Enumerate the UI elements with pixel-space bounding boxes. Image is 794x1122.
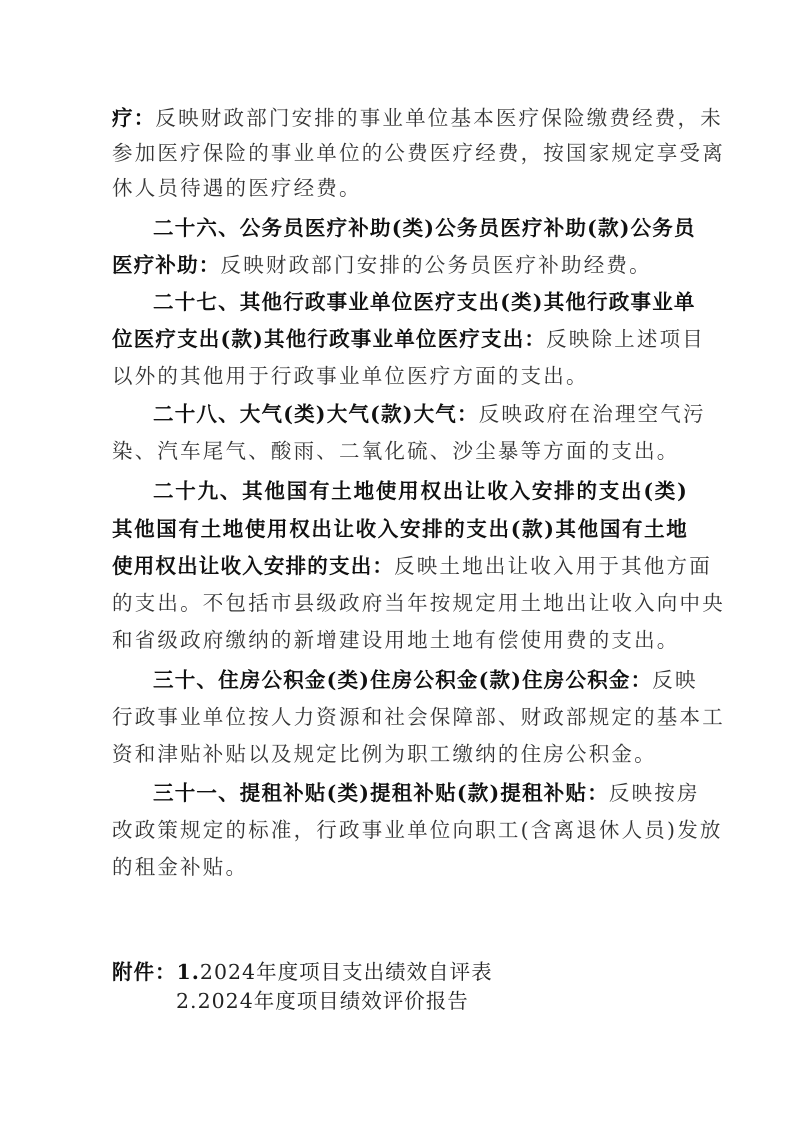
- section-heading-30: 三十、住房公积金(类)住房公积金(款)住房公积金：反映: [112, 662, 688, 698]
- body-text: 反映财政部门安排的事业单位基本医疗保险缴费经费，未: [155, 106, 723, 130]
- section-heading-26: 二十六、公务员医疗补助(类)公务员医疗补助(款)公务员: [112, 210, 688, 246]
- heading-text: 二十八、大气(类)大气(款)大气：: [153, 402, 479, 426]
- paragraph-line: 位医疗支出(款)其他行政事业单位医疗支出：反映除上述项目: [112, 321, 688, 357]
- body-text: 反映政府在治理空气污: [479, 402, 706, 426]
- attachment-item-1: 附件：1.2024年度项目支出绩效自评表: [112, 957, 493, 987]
- paragraph-line: 资和津贴补贴以及规定比例为职工缴纳的住房公积金。: [112, 736, 688, 772]
- body-text: 行政事业单位按人力资源和社会保障部、财政部规定的基本工: [112, 705, 725, 729]
- body-text: 休人员待遇的医疗经费。: [112, 176, 362, 200]
- body-text: 的支出。不包括市县级政府当年按规定用土地出让收入向中央: [112, 591, 725, 615]
- paragraph-line: 和省级政府缴纳的新增建设用地土地有偿使用费的支出。: [112, 622, 688, 658]
- paragraph-line: 医疗补助：反映财政部门安排的公务员医疗补助经费。: [112, 247, 688, 283]
- attachment-title: 2024年度项目支出绩效自评表: [200, 960, 493, 984]
- heading-text: 二十六、公务员医疗补助(类)公务员医疗补助(款)公务员: [153, 216, 696, 240]
- paragraph-line: 参加医疗保险的事业单位的公费医疗经费，按国家规定享受离: [112, 135, 688, 171]
- paragraph-line: 以外的其他用于行政事业单位医疗方面的支出。: [112, 358, 688, 394]
- heading-text: 使用权出让收入安排的支出：: [112, 554, 394, 578]
- heading-text: 疗：: [112, 106, 155, 130]
- heading-text: 三十一、提租补贴(类)提租补贴(款)提租补贴：: [153, 781, 609, 805]
- heading-text: 三十、住房公积金(类)住房公积金(款)住房公积金：: [153, 668, 652, 692]
- body-text: 以外的其他用于行政事业单位医疗方面的支出。: [112, 364, 589, 388]
- body-text: 参加医疗保险的事业单位的公费医疗经费，按国家规定享受离: [112, 141, 725, 165]
- paragraph-line: 休人员待遇的医疗经费。: [112, 170, 688, 206]
- section-heading-31: 三十一、提租补贴(类)提租补贴(款)提租补贴：反映按房: [112, 775, 688, 811]
- heading-text: 二十七、其他行政事业单位医疗支出(类)其他行政事业单: [153, 290, 696, 314]
- paragraph-line: 其他国有土地使用权出让收入安排的支出(款)其他国有土地: [112, 511, 688, 547]
- paragraph-line: 染、汽车尾气、酸雨、二氧化硫、沙尘暴等方面的支出。: [112, 433, 688, 469]
- attachment-number: 1.: [177, 960, 200, 984]
- section-heading-28: 二十八、大气(类)大气(款)大气：反映政府在治理空气污: [112, 396, 688, 432]
- paragraph-line: 使用权出让收入安排的支出：反映土地出让收入用于其他方面: [112, 548, 688, 584]
- body-text: 的租金补贴。: [112, 855, 248, 879]
- attachment-label: 附件：: [112, 960, 177, 984]
- heading-text: 二十九、其他国有土地使用权出让收入安排的支出(类): [153, 479, 688, 503]
- paragraph-line: 改政策规定的标准，行政事业单位向职工(含离退休人员)发放: [112, 812, 688, 848]
- body-text: 反映: [652, 668, 697, 692]
- attachment-title: 2024年度项目绩效评价报告: [198, 989, 469, 1013]
- heading-text: 其他国有土地使用权出让收入安排的支出(款)其他国有土地: [112, 517, 688, 541]
- attachment-number: 2.: [176, 989, 198, 1013]
- body-text: 染、汽车尾气、酸雨、二氧化硫、沙尘暴等方面的支出。: [112, 439, 680, 463]
- section-heading-29: 二十九、其他国有土地使用权出让收入安排的支出(类): [112, 473, 688, 509]
- body-text: 反映财政部门安排的公务员医疗补助经费。: [221, 253, 652, 277]
- attachment-item-2: 2.2024年度项目绩效评价报告: [176, 986, 469, 1016]
- body-text: 和省级政府缴纳的新增建设用地土地有偿使用费的支出。: [112, 628, 680, 652]
- paragraph-line: 的支出。不包括市县级政府当年按规定用土地出让收入向中央: [112, 585, 688, 621]
- heading-text: 医疗补助：: [112, 253, 221, 277]
- body-text: 资和津贴补贴以及规定比例为职工缴纳的住房公积金。: [112, 742, 657, 766]
- body-text: 反映除上述项目: [546, 327, 705, 351]
- heading-text: 位医疗支出(款)其他行政事业单位医疗支出：: [112, 327, 546, 351]
- paragraph-line: 疗：反映财政部门安排的事业单位基本医疗保险缴费经费，未: [112, 100, 688, 136]
- paragraph-line: 行政事业单位按人力资源和社会保障部、财政部规定的基本工: [112, 699, 688, 735]
- section-heading-27: 二十七、其他行政事业单位医疗支出(类)其他行政事业单: [112, 284, 688, 320]
- body-text: 改政策规定的标准，行政事业单位向职工(含离退休人员)发放: [112, 818, 723, 842]
- paragraph-line: 的租金补贴。: [112, 849, 688, 885]
- body-text: 反映按房: [609, 781, 700, 805]
- body-text: 反映土地出让收入用于其他方面: [394, 554, 712, 578]
